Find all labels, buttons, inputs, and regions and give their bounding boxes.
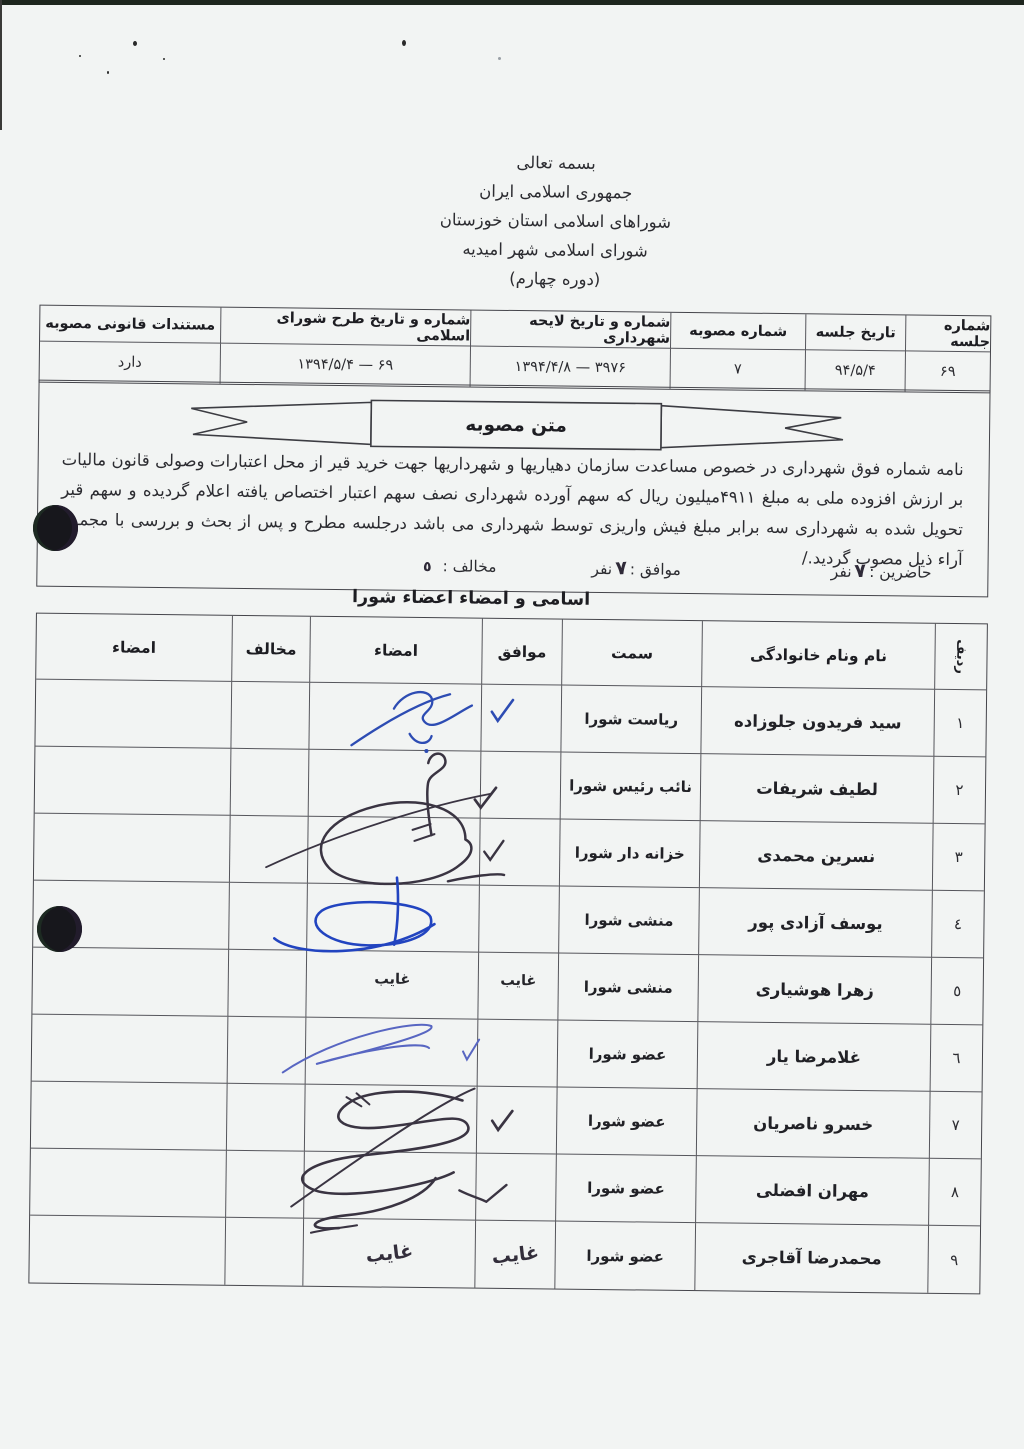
vote-cell [477,1020,558,1088]
info-header-plan-no-date: شماره و تاریخ طرح شورای اسلامی [220,308,470,347]
oppose-signature-cell [31,1082,227,1151]
letterhead-line: شوراهای اسلامی استان خوزستان [355,204,755,238]
member-name: یوسف آزادی پور [698,888,932,958]
oppose-cell [224,1218,303,1286]
info-header-bill-no-date: شماره و تاریخ لایحه شهرداری [470,311,670,349]
oppose-signature-cell [34,814,230,883]
punch-hole-top [33,505,78,551]
absent-handwritten-text: غایب [364,1240,414,1267]
info-header-legal-docs: مستندات قانونی مصوبه [40,306,220,344]
scan-edge-left [0,0,2,130]
oppose-cell [229,816,308,884]
info-value-session-date: ۹۴/۵/۴ [805,350,905,391]
info-value-bill-no-date: ۳۹۷۶ — ۱۳۹۴/۴/۸ [470,347,670,389]
session-info-table: شماره جلسه تاریخ جلسه شماره مصوبه شماره … [39,305,992,394]
oppose-count: مخالف : ٥ [423,557,497,576]
oppose-cell [230,749,309,817]
row-number: ۳ [932,824,985,892]
member-role: عضو شورا [557,1021,698,1090]
vote-cell: غایب [474,1221,555,1289]
present-value-handwritten: ۷ [854,560,867,583]
oppose-cell [227,950,306,1018]
member-name: زهرا هوشیاری [697,955,931,1025]
info-value-resolution-no: ۷ [670,349,805,391]
row-number: ۱ [933,690,986,758]
row-number: ٨ [928,1159,981,1227]
member-name: مهران افضلی [695,1156,929,1226]
vote-cell [480,752,561,820]
oppose-cell [228,883,307,951]
vote-cell [480,685,561,753]
present-count: حاضرین :۷نفر [831,560,932,583]
info-header-session-no: شماره جلسه [905,315,990,352]
member-name: لطیف شریفات [700,754,934,824]
punch-hole-bottom [37,906,82,952]
signature-cell: غایب [302,1219,475,1288]
oppose-label: مخالف : [442,557,496,576]
agree-unit: نفر [591,560,612,578]
signature-cell [306,884,479,953]
absent-text: غایب [500,973,536,989]
scanned-document-page: بسمه تعالی جمهوری اسلامی ایران شوراهای ا… [0,0,1024,1449]
col-header-mokhalef: مخالف [231,616,310,683]
member-role: ریاست شورا [560,686,701,755]
col-header-emza-1: امضاء [309,617,482,685]
oppose-signature-cell [30,1149,226,1218]
row-number: ٧ [929,1092,982,1160]
letterhead: بسمه تعالی جمهوری اسلامی ایران شوراهای ا… [355,146,757,296]
oppose-signature-cell [29,1216,225,1285]
vote-cell [478,886,559,954]
agree-count: موافق :۷نفر [591,557,681,580]
member-name: خسرو ناصریان [696,1089,930,1159]
letterhead-line: بسمه تعالی [356,146,756,180]
row-number: ٥ [930,958,983,1026]
member-role: نائب رئیس شورا [560,753,701,822]
info-value-legal-docs: دارد [40,342,220,384]
member-role: عضو شورا [556,1088,697,1157]
letterhead-line: (دوره چهارم) [355,262,755,296]
member-name: سید فریدون جلوزاده [700,687,934,757]
info-value-session-no: ۶۹ [905,351,990,392]
row-number: ٩ [927,1226,980,1294]
absent-text: غایب [374,971,410,987]
oppose-cell [227,1017,306,1085]
member-role: عضو شورا [555,1155,696,1224]
letterhead-line: جمهوری اسلامی ایران [356,175,756,209]
signature-cell [304,1085,477,1154]
oppose-cell [226,1084,305,1152]
row-number: ٤ [931,891,984,959]
col-header-semat: سمت [561,620,702,688]
oppose-signature-cell [35,747,231,816]
member-role: منشی شورا [558,887,699,956]
info-header-session-date: تاریخ جلسه [805,314,905,351]
signature-cell [308,683,481,752]
agree-label: موافق : [630,560,681,579]
col-header-radif: ردیف [934,624,987,691]
info-header-resolution-no: شماره مصوبه [670,313,805,351]
present-label: حاضرین : [869,563,931,582]
radif-rotated-label: ردیف [953,639,968,674]
present-unit: نفر [831,563,852,581]
oppose-signature-cell [32,948,228,1017]
oppose-cell [230,682,309,750]
oppose-signature-cell [32,1015,228,1084]
agree-value-handwritten: ۷ [615,557,628,580]
info-value-plan-no-date: ۶۹ — ۱۳۹۴/۵/۴ [220,344,470,387]
signature-cell [307,817,480,886]
signature-cell [305,1018,478,1087]
members-table: ردیف نام ونام خانوادگی سمت موافق امضاء م… [28,613,988,1295]
member-role: منشی شورا [557,954,698,1023]
letterhead-line: شورای اسلامی شهر امیدیه [355,233,755,267]
oppose-cell [225,1151,304,1219]
signature-cell [303,1152,476,1221]
member-role: عضو شورا [554,1222,695,1291]
signature-cell: غایب [305,951,478,1020]
col-header-emza-2: امضاء [36,614,232,682]
absent-handwritten-text: غایب [490,1241,540,1268]
col-header-movafegh: موافق [481,619,562,686]
member-name: نسرین محمدی [699,821,933,891]
row-number: ٦ [930,1025,983,1093]
row-number: ۲ [933,757,986,825]
col-header-name: نام ونام خانوادگی [701,621,935,690]
vote-cell: غایب [477,953,558,1021]
member-role: خزانه دار شورا [559,820,700,889]
vote-cell [476,1087,557,1155]
vote-cell [475,1154,556,1222]
banner-title: متن مصوبه [371,400,662,449]
signature-cell [308,750,481,819]
vote-cell [479,819,560,887]
oppose-signature-cell [35,680,231,749]
member-name: غلامرضا یار [697,1022,931,1092]
member-name: محمدرضا آقاجری [694,1223,928,1293]
oppose-value-handwritten: ٥ [423,559,432,575]
